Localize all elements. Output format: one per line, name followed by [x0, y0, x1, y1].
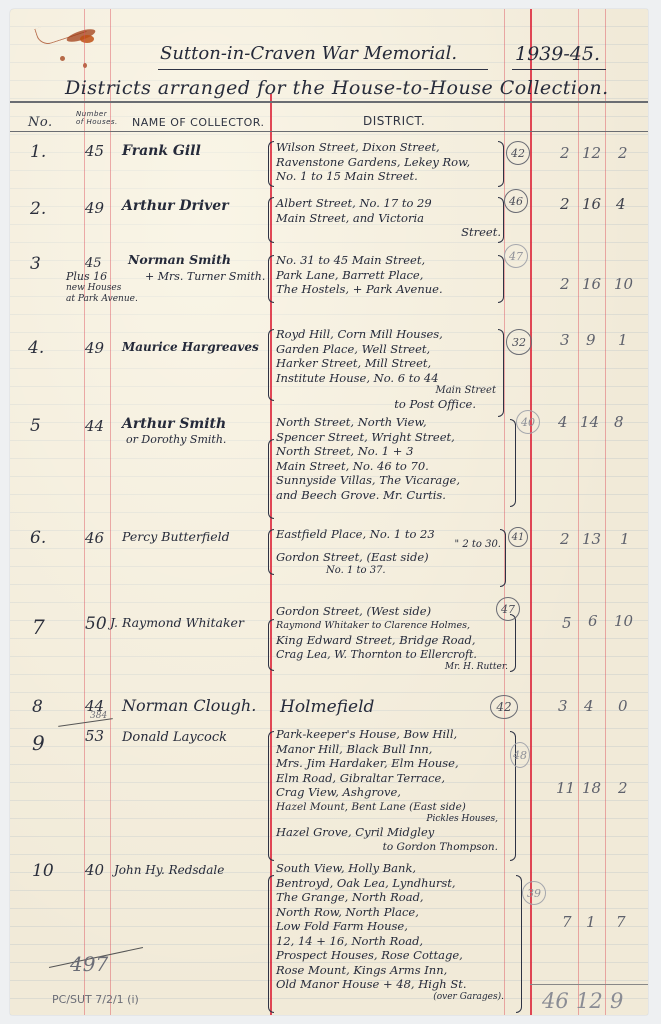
district-line: North Street, North View, — [276, 415, 460, 430]
brace-left — [268, 731, 274, 861]
row-district: Eastfield Place, No. 1 to 23 " 2 to 30. … — [276, 527, 501, 579]
row-houses-note: new Houses — [66, 284, 121, 293]
amount-pounds: 2 — [560, 144, 570, 162]
title-underline — [158, 69, 488, 70]
brace-right — [498, 141, 504, 187]
amount-shillings: 1 — [586, 913, 596, 931]
amount-pounds: 2 — [560, 530, 570, 548]
row-district: Wilson Street, Dixon Street, Ravenstone … — [276, 140, 470, 184]
amount-pounds: 5 — [562, 614, 572, 632]
row-district: North Street, North View, Spencer Street… — [276, 415, 460, 502]
row-collector: J. Raymond Whitaker — [110, 617, 244, 630]
amount-pence: 10 — [614, 275, 633, 293]
row-number: 1. — [30, 144, 46, 161]
amount-shillings: 9 — [586, 331, 596, 349]
row-houses: 49 — [85, 341, 104, 356]
district-line: Crag Lea, W. Thornton to Ellercroft. — [276, 648, 508, 663]
amount-shillings: 13 — [582, 530, 601, 548]
row-number: 5 — [30, 418, 41, 435]
district-line: Street. — [276, 225, 501, 240]
row-district: Park-keeper's House, Bow Hill, Manor Hil… — [276, 727, 506, 854]
amount-pence: 7 — [616, 913, 626, 931]
district-line: Park Lane, Barrett Place, — [276, 268, 443, 283]
brace-left — [268, 141, 274, 187]
brace-right — [516, 875, 522, 1013]
row-number: 3 — [30, 256, 41, 273]
district-line: Mrs. Jim Hardaker, Elm House, — [276, 756, 506, 771]
amount-pence: 2 — [618, 144, 628, 162]
district-line: South View, Holly Bank, — [276, 861, 516, 876]
circled-count: 47 — [496, 597, 520, 621]
margin-line — [110, 9, 111, 1015]
district-line: Sunnyside Villas, The Vicarage, — [276, 473, 460, 488]
district-line: Elm Road, Gibraltar Terrace, — [276, 771, 506, 786]
col-header-collector: NAME OF COLLECTOR. — [132, 117, 265, 128]
document-title: Sutton-in-Craven War Memorial. — [160, 45, 457, 63]
rust-mark — [34, 14, 86, 47]
district-line: Wilson Street, Dixon Street, — [276, 140, 470, 155]
brace-right — [498, 329, 504, 417]
brace-left — [268, 197, 274, 243]
rust-stain — [60, 56, 65, 61]
col-header-houses-2: of Houses. — [76, 118, 118, 126]
circled-count: 46 — [504, 189, 528, 213]
row-houses: 45 — [85, 257, 102, 270]
row-houses: 49 — [85, 201, 104, 216]
row-district: No. 31 to 45 Main Street, Park Lane, Bar… — [276, 253, 443, 297]
amount-shillings: 16 — [582, 275, 601, 293]
district-line: Crag View, Ashgrove, — [276, 785, 506, 800]
district-line: to Post Office. — [276, 397, 496, 412]
circled-count: 39 — [522, 881, 546, 905]
district-line: Royd Hill, Corn Mill Houses, — [276, 327, 496, 342]
district-line: North Street, No. 1 + 3 — [276, 444, 460, 459]
row-number: 8 — [32, 699, 43, 716]
district-line: to Gordon Thompson. — [276, 840, 506, 855]
brace-left — [268, 439, 274, 519]
money-col-line — [605, 9, 606, 1015]
row-number: 10 — [32, 863, 54, 880]
row-houses-note: at Park Avenue. — [66, 295, 138, 304]
district-line: Bentroyd, Oak Lea, Lyndhurst, — [276, 876, 516, 891]
district-line: Old Manor House + 48, High St. — [276, 977, 516, 992]
district-line-part: Eastfield Place, No. 1 to 23 — [276, 527, 435, 541]
brace-left — [268, 529, 274, 575]
row-district: Gordon Street, (West side) Raymond Whita… — [276, 604, 508, 673]
brace-right — [498, 197, 504, 243]
district-line: Prospect Houses, Rose Cottage, — [276, 948, 516, 963]
district-line: Low Fold Farm House, — [276, 919, 516, 934]
header-rule-bottom — [10, 131, 648, 132]
grand-total-pence: 9 — [610, 989, 623, 1013]
district-line: Gordon Street, (East side) — [276, 550, 501, 565]
row-houses-subtotal: 384 — [90, 712, 107, 721]
document-subtitle: Districts arranged for the House-to-Hous… — [65, 79, 609, 98]
district-line: Albert Street, No. 17 to 29 — [276, 196, 501, 211]
circled-count: 32 — [506, 329, 532, 355]
row-district: Albert Street, No. 17 to 29 Main Street,… — [276, 196, 501, 240]
amount-pence: 8 — [614, 413, 624, 431]
row-houses: 40 — [85, 863, 104, 878]
district-line: Main Street — [276, 385, 496, 397]
amount-pounds: 3 — [560, 331, 570, 349]
brace-right — [498, 255, 504, 303]
district-line: 12, 14 + 16, North Road, — [276, 934, 516, 949]
district-line: Rose Mount, Kings Arms Inn, — [276, 963, 516, 978]
row-number: 7 — [32, 617, 45, 637]
brace-right — [510, 419, 516, 507]
money-margin-line — [530, 9, 532, 1015]
row-district: South View, Holly Bank, Bentroyd, Oak Le… — [276, 861, 516, 1003]
row-number: 4. — [28, 340, 44, 357]
years-underline — [512, 69, 606, 70]
row-collector: Norman Clough. — [122, 698, 256, 714]
houses-total: 497 — [70, 954, 108, 974]
row-houses: 50 — [85, 616, 107, 633]
amount-pence: 10 — [614, 612, 633, 630]
district-line: Hazel Grove, Cyril Midgley — [276, 825, 506, 840]
district-line: King Edward Street, Bridge Road, — [276, 633, 508, 648]
grand-total-shillings: 12 — [576, 989, 603, 1013]
district-line: Raymond Whitaker to Clarence Holmes, — [276, 619, 508, 634]
district-line: (over Garages). — [276, 992, 516, 1003]
amount-pence: 2 — [618, 779, 628, 797]
amount-pence: 4 — [616, 195, 626, 213]
district-line: Park-keeper's House, Bow Hill, — [276, 727, 506, 742]
circled-count: 41 — [508, 527, 528, 547]
row-houses-note: Plus 16 — [66, 271, 107, 282]
brace-left — [268, 875, 274, 1013]
amount-shillings: 4 — [584, 697, 594, 715]
row-houses: 44 — [85, 419, 104, 434]
row-number: 9 — [32, 733, 45, 753]
grand-total-pounds: 46 — [542, 989, 569, 1013]
district-line: The Grange, North Road, — [276, 890, 516, 905]
header-rule-top — [10, 101, 648, 103]
amount-shillings: 18 — [582, 779, 601, 797]
row-collector: Norman Smith — [128, 254, 231, 267]
district-line: Spencer Street, Wright Street, — [276, 430, 460, 445]
district-line: Institute House, No. 6 to 44 — [276, 371, 496, 386]
amount-pounds: 4 — [558, 413, 568, 431]
row-district: Royd Hill, Corn Mill Houses, Garden Plac… — [276, 327, 496, 412]
row-houses: 45 — [85, 144, 104, 159]
archive-reference: PC/SUT 7/2/1 (i) — [52, 994, 139, 1005]
amount-pence: 1 — [620, 530, 630, 548]
row-collector: Donald Laycock — [122, 731, 227, 744]
district-line: Garden Place, Well Street, — [276, 342, 496, 357]
row-collector: John Hy. Redsdale — [114, 864, 224, 876]
brace-left — [268, 329, 274, 401]
col-header-district: DISTRICT. — [363, 115, 425, 127]
amount-pounds: 3 — [558, 697, 568, 715]
circled-count: 42 — [490, 695, 518, 719]
amount-shillings: 16 — [582, 195, 601, 213]
amount-pence: 0 — [618, 697, 628, 715]
brace-left — [268, 619, 274, 671]
district-line: North Row, North Place, — [276, 905, 516, 920]
circled-count: 48 — [510, 742, 530, 768]
circled-count: 40 — [516, 410, 540, 434]
district-line: No. 1 to 15 Main Street. — [276, 169, 470, 184]
brace-left — [268, 255, 274, 303]
district-line: Main Street, and Victoria — [276, 211, 501, 226]
circled-count: 47 — [504, 244, 528, 268]
row-number: 6. — [30, 530, 46, 547]
row-collector: Arthur Smith — [122, 417, 226, 431]
district-line: and Beech Grove. Mr. Curtis. — [276, 488, 460, 503]
amount-shillings: 14 — [580, 413, 599, 431]
district-line: Ravenstone Gardens, Lekey Row, — [276, 155, 470, 170]
total-rule — [530, 984, 648, 985]
document-years: 1939-45. — [515, 45, 600, 64]
district-line: Main Street, No. 46 to 70. — [276, 459, 460, 474]
row-number: 2. — [30, 201, 46, 218]
district-line: No. 1 to 37. — [276, 564, 501, 579]
row-houses: 53 — [85, 729, 104, 744]
district-line: The Hostels, + Park Avenue. — [276, 282, 443, 297]
row-collector: Maurice Hargreaves — [122, 341, 259, 353]
district-line: No. 31 to 45 Main Street, — [276, 253, 443, 268]
row-collector: Percy Butterfield — [122, 531, 230, 544]
amount-pounds: 2 — [560, 275, 570, 293]
row-collector-extra: or Dorothy Smith. — [126, 434, 226, 445]
amount-pounds: 11 — [556, 779, 575, 797]
rust-stain — [80, 35, 94, 43]
col-header-no: No. — [28, 116, 53, 129]
amount-pounds: 7 — [562, 913, 572, 931]
district-line: Pickles Houses, — [276, 814, 506, 825]
row-collector: Frank Gill — [122, 144, 201, 158]
district-line: Hazel Mount, Bent Lane (East side) — [276, 800, 506, 815]
brace-right — [510, 614, 516, 672]
district-line: Mr. H. Rutter. — [276, 662, 508, 673]
row-houses: 46 — [85, 531, 104, 546]
row-collector-extra: + Mrs. Turner Smith. — [145, 271, 265, 282]
district-line: Gordon Street, (West side) — [276, 604, 508, 619]
brace-right — [500, 529, 506, 587]
ledger-page: Sutton-in-Craven War Memorial. 1939-45. … — [10, 9, 648, 1015]
district-line: Holmefield — [280, 697, 374, 717]
money-col-line — [578, 9, 579, 1015]
col-header-houses-1: Number — [76, 110, 107, 118]
amount-shillings: 6 — [588, 612, 598, 630]
district-line: Manor Hill, Black Bull Inn, — [276, 742, 506, 757]
row-district: Holmefield — [280, 697, 374, 717]
amount-pence: 1 — [618, 331, 628, 349]
district-line: Harker Street, Mill Street, — [276, 356, 496, 371]
circled-count: 42 — [506, 141, 530, 165]
row-collector: Arthur Driver — [122, 199, 229, 213]
amount-pounds: 2 — [560, 195, 570, 213]
amount-shillings: 12 — [582, 144, 601, 162]
